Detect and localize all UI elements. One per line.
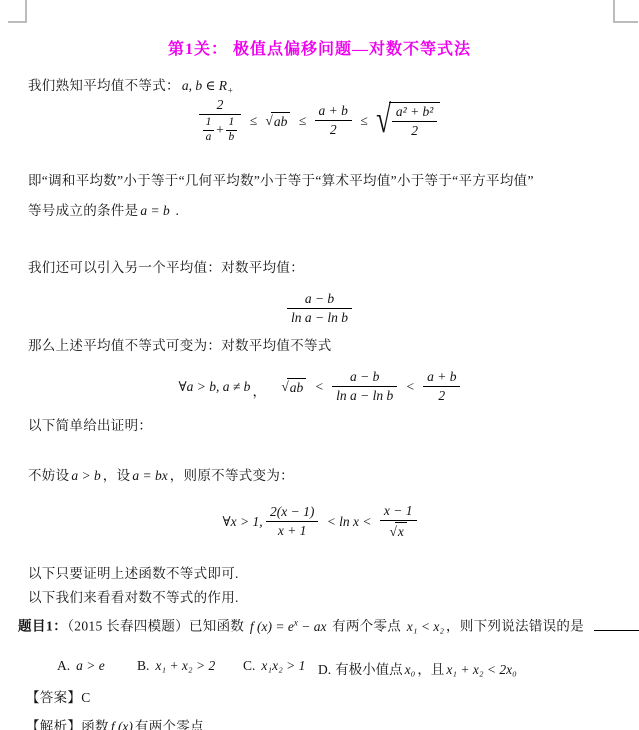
analysis-label: 【解析】 xyxy=(26,719,81,730)
numerator: 2(x − 1) xyxy=(266,504,318,522)
radicand: ab xyxy=(287,378,307,396)
option-d-inequality: x₁ + x₂ < 2x₀ xyxy=(444,662,519,677)
margin-corner-right-icon xyxy=(613,0,638,23)
fraction-lower-bound: 2(x − 1)x + 1 xyxy=(266,504,318,539)
numerator: a − b xyxy=(332,369,397,387)
margin-corner-left-icon xyxy=(8,0,27,23)
numerator: a + b xyxy=(423,369,460,387)
option-b-label: B. xyxy=(137,658,149,673)
option-a-math: a > e xyxy=(74,658,107,673)
fraction-one-over-a: 1a xyxy=(203,116,215,145)
radicand: ab xyxy=(271,112,291,130)
paragraph-introduce-logmean: 我们还可以引入另一个平均值：对数平均值： xyxy=(28,259,304,277)
analysis-line-clipped: 【解析】函数f (x)有两个零点 xyxy=(26,718,204,730)
option-b: B.x₁ + x₂ > 2 xyxy=(137,658,217,674)
denominator: ln a − ln b xyxy=(332,387,397,404)
option-c: C.x₁x₂ > 1 xyxy=(243,658,307,674)
option-d-label: D. xyxy=(318,662,331,677)
denominator: ln a − ln b xyxy=(287,309,352,326)
options-row: A.a > e B.x₁ + x₂ > 2 C.x₁x₂ > 1 D.有极小值点… xyxy=(0,658,639,680)
denominator: b xyxy=(226,131,238,145)
paragraph-only-prove: 以下只要证明上述函数不等式即可. xyxy=(28,565,239,583)
plus-operator: + xyxy=(214,122,225,138)
numerator: a − b xyxy=(287,291,352,309)
leq-operator: ≤ xyxy=(245,113,262,129)
formula-log-mean-inequality: ∀a > b, a ≠ b， √ab < a − bln a − ln b < … xyxy=(0,369,639,404)
fraction-log-mean: a − bln a − ln b xyxy=(287,291,352,326)
comma: ， xyxy=(252,380,266,400)
fraction-log-mean: a − bln a − ln b xyxy=(332,369,397,404)
document-page: 第1关： 极值点偏移问题—对数不等式法 我们熟知平均值不等式：a, b ∈ R+… xyxy=(0,0,639,730)
quantifier: ∀x > 1, xyxy=(222,514,262,530)
option-d-mid: ，且 xyxy=(417,662,444,677)
paragraph-suppose: 不妨设a > b，设a = bx，则原不等式变为： xyxy=(28,467,294,485)
paragraph-intro: 我们熟知平均值不等式：a, b ∈ R+ xyxy=(28,77,235,97)
sqrt-x: √x xyxy=(390,522,407,540)
numerator: a² + b² xyxy=(392,104,437,122)
denominator: x + 1 xyxy=(266,522,318,539)
answer-blank xyxy=(594,618,639,631)
quantifier: ∀a > b, a ≠ b xyxy=(179,379,251,395)
suppose-mid: ，设 xyxy=(103,468,131,483)
radicand: a² + b²2 xyxy=(389,102,440,139)
problem-source: （2015 长春四模题）已知函数 xyxy=(67,619,248,634)
suppose-post: ，则原不等式变为： xyxy=(170,468,294,483)
lt-operator: < xyxy=(310,379,329,395)
option-c-label: C. xyxy=(243,658,255,673)
denominator: a xyxy=(203,131,215,145)
math-fx-definition: f (x) = ex − ax xyxy=(248,619,329,634)
fraction-arithmetic: a + b2 xyxy=(423,369,460,404)
answer-line: 【答案】C xyxy=(26,689,91,707)
problem-1-label: 题目1： xyxy=(18,619,67,634)
answer-label: 【答案】 xyxy=(26,690,81,705)
leq-operator: ≤ xyxy=(294,113,311,129)
denominator: 2 xyxy=(423,387,460,404)
math-a-equals-b: a = b xyxy=(138,203,171,218)
fraction-arithmetic: a + b2 xyxy=(315,103,352,138)
paragraph-see-usage: 以下我们来看看对数不等式的作用. xyxy=(28,589,239,607)
formula-log-mean: a − bln a − ln b xyxy=(0,291,639,326)
numerator: 1 xyxy=(203,116,215,131)
denominator: √x xyxy=(380,521,417,540)
fraction-upper-bound: x − 1√x xyxy=(380,503,417,540)
formula-mean-inequality-chain: 2 1a+1b ≤ √ab ≤ a + b2 ≤ √a² + b²2 xyxy=(0,97,639,145)
paragraph-equality-condition: 等号成立的条件是a = b . xyxy=(28,202,179,220)
math-zeros-order: x₁ < x₂ xyxy=(405,619,446,634)
fraction-quadratic: a² + b²2 xyxy=(392,104,437,139)
problem-post: ，则下列说法错误的是 xyxy=(446,619,584,634)
equality-post: . xyxy=(172,203,179,218)
formula-substituted-inequality: ∀x > 1, 2(x − 1)x + 1 < ln x < x − 1√x xyxy=(0,503,639,540)
option-a: A.a > e xyxy=(57,658,107,674)
lt-operator: < xyxy=(401,379,420,395)
math-fx: f (x) xyxy=(109,719,135,730)
paragraph-transform: 那么上述平均值不等式可变为：对数平均值不等式 xyxy=(28,337,332,355)
numerator: a + b xyxy=(315,103,352,121)
math-a-equals-bx: a = bx xyxy=(130,468,169,483)
paragraph-hence: 即“调和平均数”小于等于“几何平均数”小于等于“算术平均值”小于等于“平方平均值… xyxy=(28,172,534,190)
sqrt-ab: √ab xyxy=(265,112,290,130)
denominator: 2 xyxy=(392,122,437,139)
fraction-one-over-b: 1b xyxy=(226,116,238,145)
fx-tail: − ax xyxy=(298,619,327,634)
fx-base: f (x) = e xyxy=(250,619,294,634)
answer-value: C xyxy=(81,690,90,705)
math-a-gt-b: a > b xyxy=(69,468,102,483)
suppose-pre: 不妨设 xyxy=(28,468,69,483)
numerator: 1 xyxy=(226,116,238,131)
analysis-post: 有两个零点 xyxy=(135,719,204,730)
analysis-pre: 函数 xyxy=(81,719,109,730)
page-title: 第1关： 极值点偏移问题—对数不等式法 xyxy=(0,36,639,59)
fraction-harmonic: 2 1a+1b xyxy=(199,97,242,145)
option-d: D.有极小值点x₀，且x₁ + x₂ < 2x₀ xyxy=(318,658,519,678)
sqrt-ab: √ab xyxy=(281,378,306,396)
math-base: a, b ∈ R xyxy=(182,78,227,93)
denominator: 2 xyxy=(315,121,352,138)
radicand: x xyxy=(395,522,407,540)
problem-1-statement: 题目1：（2015 长春四模题）已知函数 f (x) = ex − ax 有两个… xyxy=(18,617,639,635)
sqrt-quadratic-mean: √a² + b²2 xyxy=(376,102,440,139)
math-ab-in-r: a, b ∈ R+ xyxy=(180,78,235,93)
option-a-label: A. xyxy=(57,658,70,673)
problem-mid: 有两个零点 xyxy=(328,619,404,634)
numerator: x − 1 xyxy=(380,503,417,521)
option-c-math: x₁x₂ > 1 xyxy=(259,658,307,673)
numerator: 2 xyxy=(199,97,242,115)
equality-pre: 等号成立的条件是 xyxy=(28,203,138,218)
intro-text: 我们熟知平均值不等式： xyxy=(28,78,180,93)
option-d-pre: 有极小值点 xyxy=(335,662,403,677)
subscript-plus: + xyxy=(227,86,233,96)
lnx-between: < ln x < xyxy=(322,514,377,530)
leq-operator: ≤ xyxy=(355,113,372,129)
paragraph-proof-intro: 以下简单给出证明： xyxy=(28,417,152,435)
option-b-math: x₁ + x₂ > 2 xyxy=(153,658,217,673)
denominator: 1a+1b xyxy=(199,115,242,145)
option-d-x0: x₀ xyxy=(403,662,418,677)
radical-icon: √ xyxy=(376,101,391,140)
